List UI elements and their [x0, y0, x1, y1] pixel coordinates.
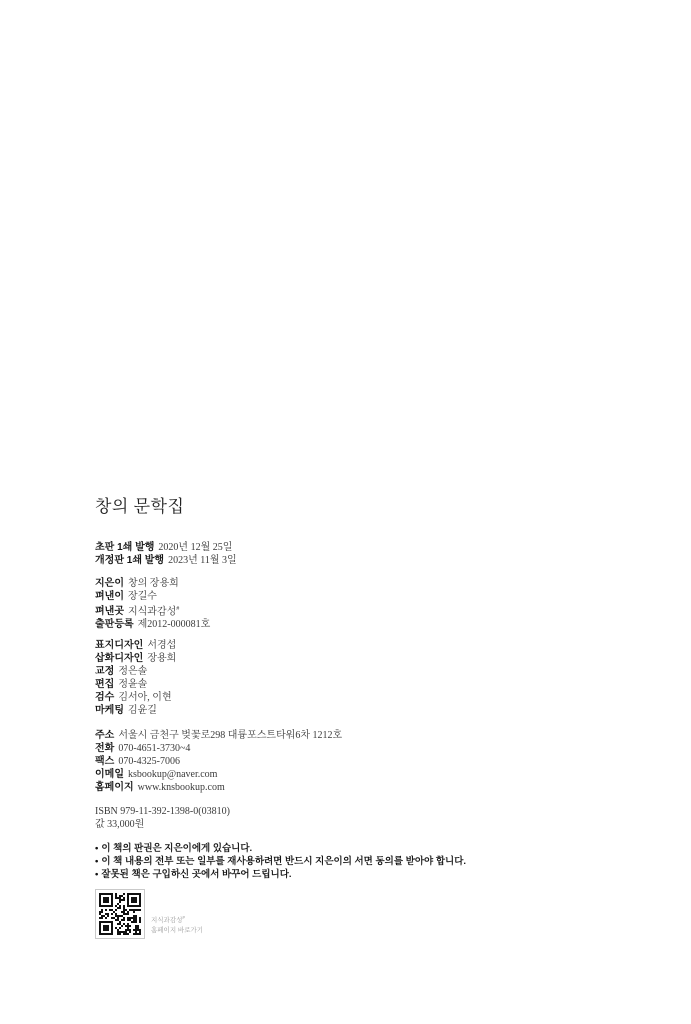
- email-row: 이메일ksbookup@naver.com: [95, 768, 615, 781]
- price-line: 값 33,000원: [95, 818, 615, 831]
- qr-caption-sup: #: [182, 915, 185, 920]
- staff-section: 표지디자인서경섭 삽화디자인장용희 교정정은솔 편집정윤솔 검수김서아, 이현 …: [95, 639, 615, 717]
- registration-row: 출판등록제2012-000081호: [95, 618, 615, 631]
- illustration-design-row: 삽화디자인장용희: [95, 652, 615, 665]
- publisher-person-row: 펴낸이장길수: [95, 590, 615, 603]
- colophon-page: 창의 문학집 초판 1쇄 발행2020년 12월 25일 개정판 1쇄 발행20…: [0, 0, 691, 1024]
- bullet-glyph: •: [95, 843, 98, 854]
- colophon-block: 창의 문학집 초판 1쇄 발행2020년 12월 25일 개정판 1쇄 발행20…: [95, 497, 615, 939]
- book-title: 창의 문학집: [95, 497, 615, 517]
- cover-design-row: 표지디자인서경섭: [95, 639, 615, 652]
- notice-line: •잘못된 책은 구입하신 곳에서 바꾸어 드립니다.: [95, 868, 615, 881]
- qr-caption-brand: 지식과감성: [151, 917, 182, 924]
- publisher-sup-mark: #: [176, 606, 179, 612]
- qr-code-icon: [95, 889, 145, 939]
- edition-label: 개정판 1쇄 발행: [95, 555, 164, 566]
- address-row: 주소서울시 금천구 벚꽃로298 대륭포스트타워6차 1212호: [95, 729, 615, 742]
- phone-row: 전화070-4651-3730~4: [95, 742, 615, 755]
- edition-row: 개정판 1쇄 발행2023년 11월 3일: [95, 554, 615, 567]
- homepage-row: 홈페이지www.knsbookup.com: [95, 781, 615, 794]
- notice-line: •이 책의 판권은 지은이에게 있습니다.: [95, 842, 615, 855]
- marketing-row: 마케팅김윤길: [95, 704, 615, 717]
- review-row: 검수김서아, 이현: [95, 691, 615, 704]
- fax-row: 팩스070-4325-7006: [95, 755, 615, 768]
- edition-value: 2020년 12월 25일: [158, 542, 232, 553]
- qr-caption: 지식과감성# 홈페이지 바로가기: [151, 913, 203, 939]
- isbn-section: ISBN 979-11-392-1398-0(03810) 값 33,000원: [95, 805, 615, 831]
- qr-section: 지식과감성# 홈페이지 바로가기: [95, 889, 615, 939]
- homepage-value: www.knsbookup.com: [138, 782, 225, 793]
- editing-row: 편집정윤솔: [95, 678, 615, 691]
- isbn-line: ISBN 979-11-392-1398-0(03810): [95, 805, 615, 818]
- proofreading-row: 교정정은솔: [95, 665, 615, 678]
- bullet-glyph: •: [95, 856, 98, 867]
- author-row: 지은이창의 장용희: [95, 577, 615, 590]
- edition-info-section: 초판 1쇄 발행2020년 12월 25일 개정판 1쇄 발행2023년 11월…: [95, 541, 615, 567]
- notice-line: •이 책 내용의 전부 또는 일부를 재사용하려면 반드시 지은이의 서면 동의…: [95, 855, 615, 868]
- edition-label: 초판 1쇄 발행: [95, 542, 154, 553]
- edition-row: 초판 1쇄 발행2020년 12월 25일: [95, 541, 615, 554]
- email-value: ksbookup@naver.com: [128, 769, 217, 780]
- publisher-company-row: 펴낸곳지식과감성#: [95, 603, 615, 618]
- edition-value: 2023년 11월 3일: [168, 555, 237, 566]
- qr-caption-link-text: 홈페이지 바로가기: [151, 926, 203, 936]
- contact-section: 주소서울시 금천구 벚꽃로298 대륭포스트타워6차 1212호 전화070-4…: [95, 729, 615, 794]
- notices-section: •이 책의 판권은 지은이에게 있습니다. •이 책 내용의 전부 또는 일부를…: [95, 842, 615, 881]
- publication-info-section: 지은이창의 장용희 펴낸이장길수 펴낸곳지식과감성# 출판등록제2012-000…: [95, 577, 615, 631]
- bullet-glyph: •: [95, 869, 98, 880]
